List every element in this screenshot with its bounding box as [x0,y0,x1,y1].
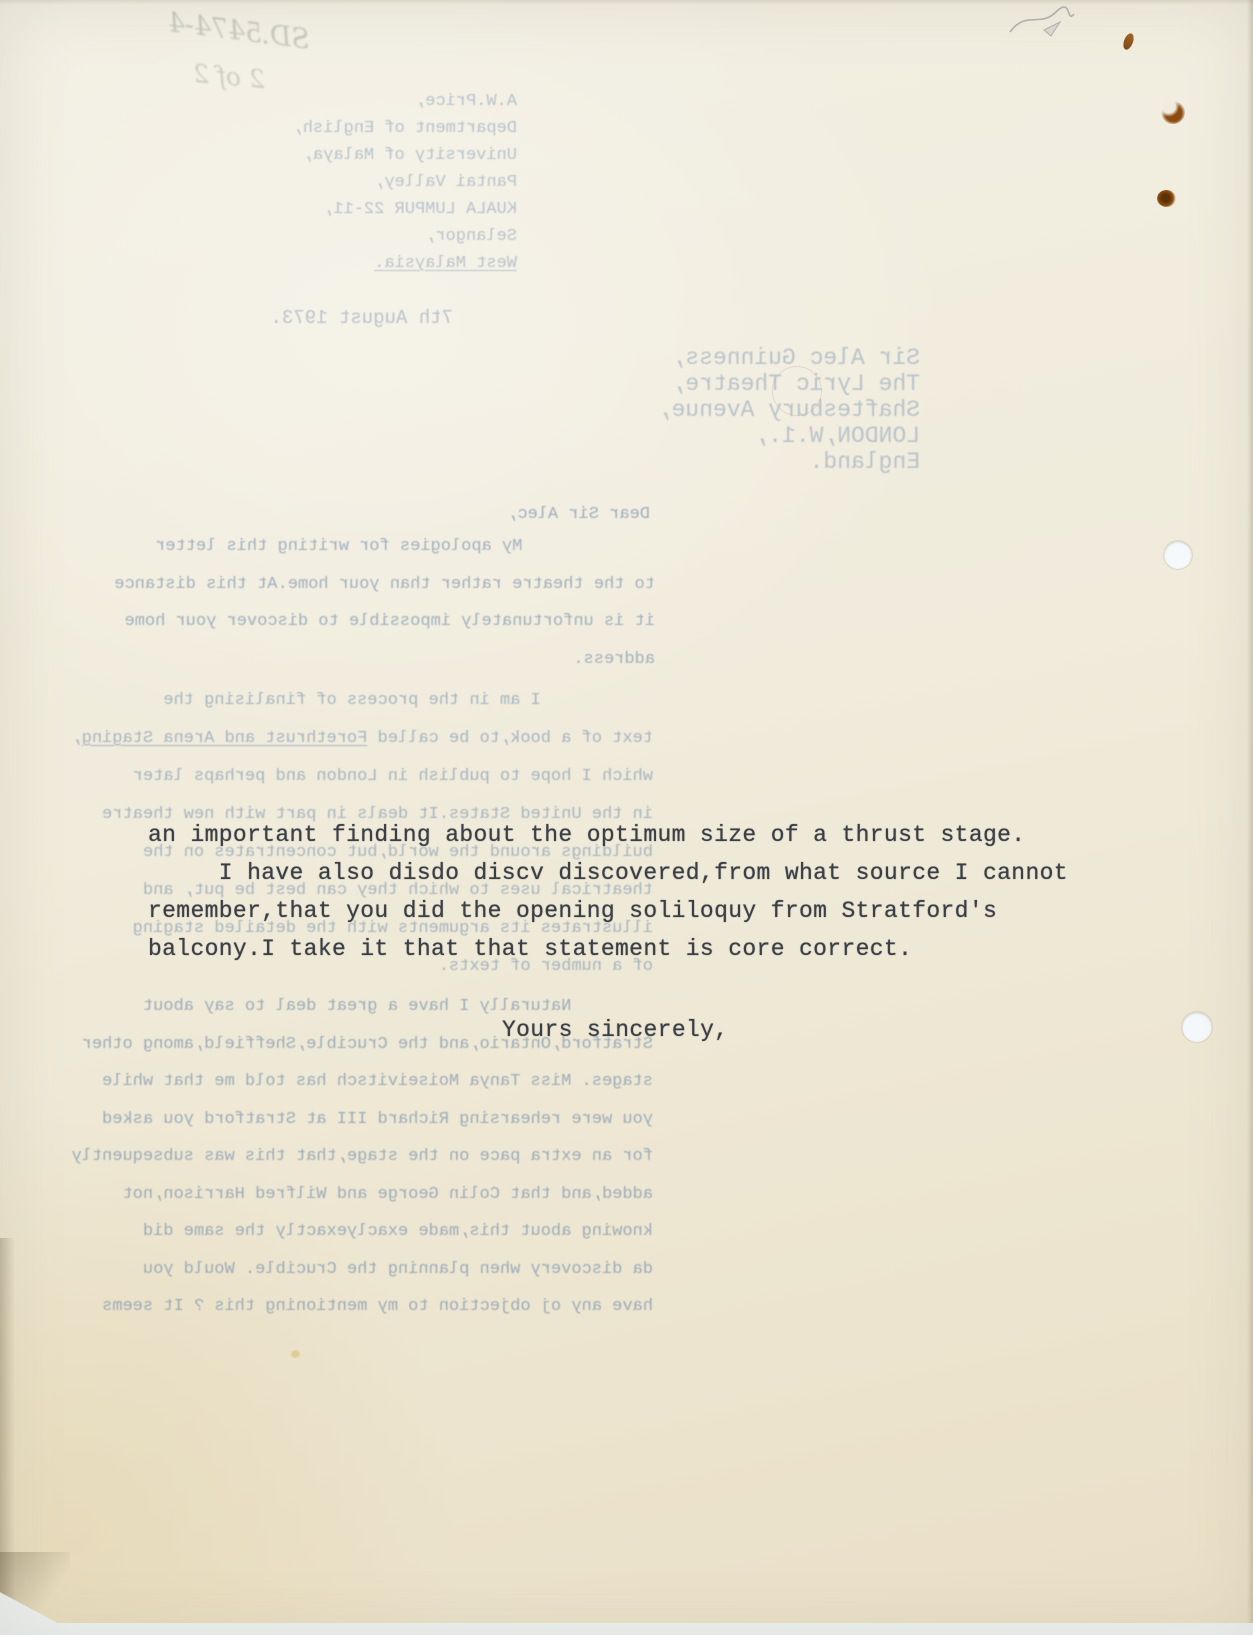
bleed-para2-comma: , [71,729,81,748]
scanned-letter-page: { "document": { "kind": "typewritten air… [0,0,1253,1635]
bleed-paragraph-1: My apologies for writing this letter to … [114,528,655,678]
rust-stain-dot [1157,190,1176,207]
bleed-para2-book-prefix: text of a book,to be called [367,729,653,748]
scanner-edge-bottom [0,1623,1253,1635]
pencil-scribble [1006,2,1078,44]
embossed-ring [772,366,822,416]
bleed-para2-line1: I am in the process of finalising the [163,691,653,710]
paper-stain-yellow [290,1350,301,1358]
page-edge-right [1247,0,1253,1635]
typed-closing: Yours sincerely, [502,1011,728,1049]
bleed-sender-country: West Malaysia. [374,250,517,277]
typed-paragraph: an important finding about the optimum s… [148,816,1068,968]
bleed-salutation: Dear Sir Alec, [507,502,650,528]
punch-hole-bottom [1182,1012,1212,1042]
bleed-sender-address: A.W.Price, Department of English, Univer… [293,88,517,250]
bleed-date: 7th August 1973. [271,305,453,331]
rust-stain-crescent [1161,100,1185,124]
punch-hole-top [1164,541,1192,569]
handwritten-page-number: 2 of 2 [192,59,266,94]
page-edge-top [0,0,1253,5]
bleed-book-title: Forethrust and Arena Staging [82,729,368,748]
handwritten-reference: SD.5474-4 [166,7,311,55]
